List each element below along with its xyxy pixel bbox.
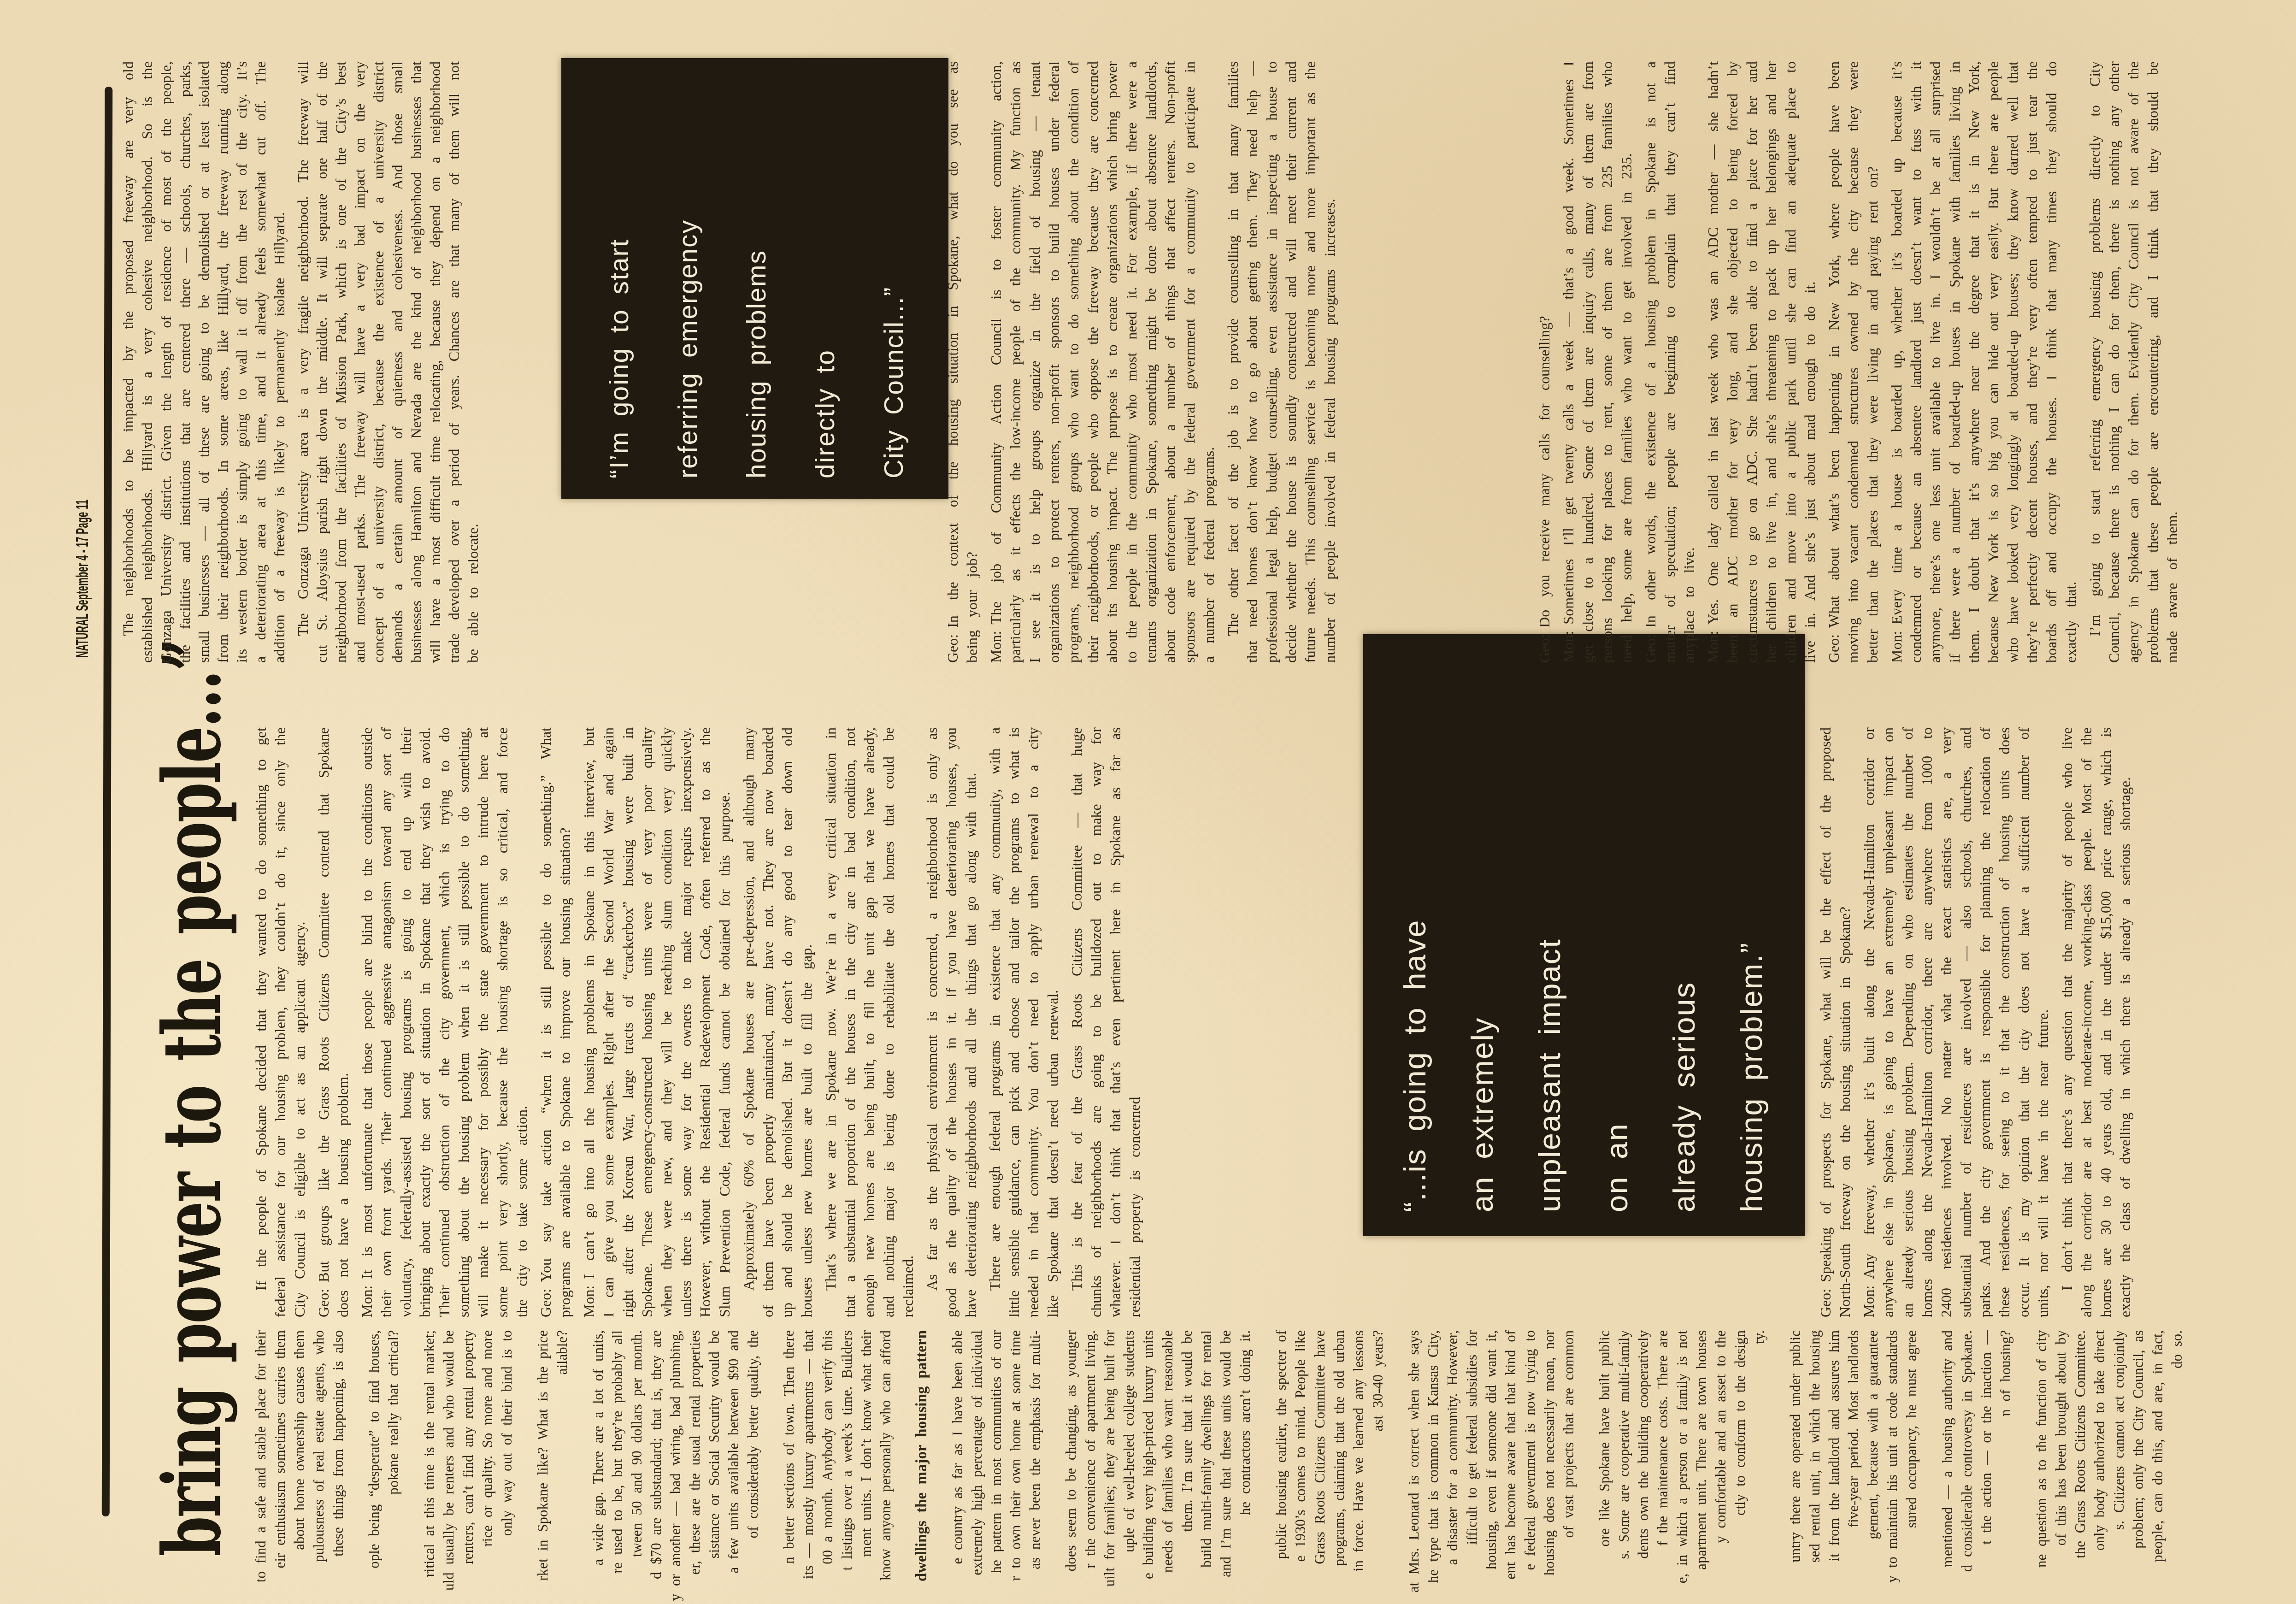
cut-text-fragment: t listings over a week’s time. Builders [837,1330,857,1571]
speaker-label: Geo: [1642,628,1659,663]
cut-text-fragment: ast 30-40 years? [1368,1330,1388,1431]
cut-text-fragment: e building very high-priced luxury units [1139,1330,1158,1579]
cut-text-fragment: sed rental unit, in which the housing [1805,1330,1825,1563]
cut-text-fragment: he pattern in most communities of our [987,1330,1006,1574]
paragraph: The other facet of the job is to provide… [1223,61,1339,663]
cut-text-fragment: eir enthusiasm sometimes carries them [271,1330,290,1568]
paragraph: This is the fear of the Grass Roots Citi… [1067,727,1144,1317]
cut-text-fragment: pokane really that critical? [384,1330,403,1495]
cut-text-fragment: know anyone personally who can afford [876,1330,895,1580]
cut-text-fragment: ople being “desperate” to find houses, [365,1330,384,1569]
cut-text-fragment: of this has been brought about by [2051,1330,2071,1545]
speaker-label: Geo: [1817,1282,1834,1317]
cut-text-fragment: f the maintenance costs. There are [1653,1330,1672,1546]
cut-text-fragment: sistance or Social Security would be [705,1330,724,1558]
publication-line: NATURAL September 4 - 17 Page 11 [73,513,96,658]
cut-text-fragment: ent has become aware that that kind of [1501,1330,1520,1580]
paragraph: The Gonzaga University area is a very fr… [294,61,483,663]
cut-fragment-group: a wide gap. There are a lot of units,re … [589,1330,763,1601]
cut-text-fragment: ailable? [553,1330,572,1374]
cut-text-fragment: pulousness of real estate agents, who [309,1330,329,1562]
speech-paragraph: Geo:You say take action “when it is stil… [536,727,575,1317]
cut-text-fragment: r the convenience of apartment living. [1081,1330,1100,1569]
interview-right-column-end: Geo:Do you receive many calls for counse… [1535,61,2186,663]
paragraph: As far as the physical environment is co… [922,727,980,1317]
pull-quote-line: “...is going to have [1382,634,1449,1212]
pull-quote-line: referring emergency [654,58,723,478]
cut-text-fragment: housing, even if someone did want it, [1482,1330,1501,1569]
paragraph: I’m going to start referring emergency h… [2085,61,2182,663]
pull-quote-box-freeway: “...is going to havean extremelyunpleasa… [1363,634,1805,1236]
cut-text-fragment: only way out of their bind is to [497,1330,517,1536]
speaker-label: Geo: [537,1282,554,1317]
speaker-label: Mon: [1888,625,1905,663]
cut-text-fragment: ritical at this time is the rental marke… [420,1330,439,1577]
cut-text-fragment: e 1930’s comes to mind. People like [1291,1330,1310,1562]
cut-text-fragment: a disaster for a community. However, [1443,1330,1462,1565]
cut-fragment-group: at Mrs. Leonard is correct when she says… [1404,1330,1578,1592]
speaker-label: Mon: [1860,1279,1877,1317]
crosshead-fragment: dwellings the major housing pattern [912,1330,931,1581]
cut-text-fragment: Grass Roots Citizens Committee have [1310,1330,1330,1564]
cut-text-fragment: a wide gap. There are a lot of units, [589,1330,608,1565]
pull-quote-line: housing problems [723,58,791,478]
cut-text-fragment: the Grass Roots Citizens Committee. [2071,1330,2090,1558]
cut-text-fragment: a few units available between $90 and [724,1330,743,1573]
speaker-label: Geo: [1825,628,1842,663]
cut-text-fragment: programs, claiming that the old urban [1330,1330,1349,1566]
cut-text-fragment: at Mrs. Leonard is correct when she says [1404,1330,1424,1592]
speech-paragraph: Mon:I can’t go into all the housing prob… [579,727,734,1317]
cut-text-fragment: uld usually be renters and who would be [439,1330,459,1591]
cut-text-fragment: ifficult to get federal subsidies for [1462,1330,1482,1545]
pull-quote-line: “I’m going to start [585,58,654,478]
cut-text-fragment: ty. [1750,1330,1769,1344]
speech-paragraph: Geo:Do you receive many calls for counse… [1535,61,1554,663]
cut-text-fragment: ne question as to the function of city [2032,1330,2051,1568]
newspaper-page-scan: NATURAL September 4 - 17 Page 11 bring p… [0,0,2296,1604]
cut-text-fragment: its — mostly luxury apartments — that [799,1330,818,1579]
interview-left-column-lower: Geo:Speaking of prospects for Spokane, w… [1816,727,2139,1317]
speech-paragraph: Geo:But groups like the Grass Roots Citi… [314,727,353,1317]
cut-text-fragment: untry there are operated under public [1786,1330,1805,1563]
left-edge-cut-column: to find a safe and stable place for thei… [251,1330,2203,1604]
cut-text-fragment: rice or quality. So more and more [478,1330,497,1547]
cut-text-fragment: mentioned — a housing authority and [1938,1330,1957,1567]
cut-text-fragment: e country as far as I have been able [948,1330,967,1564]
cut-text-fragment: gement, because with a guarantee [1863,1330,1883,1539]
cut-text-fragment: and I’m sure that these units would be [1216,1330,1236,1577]
cut-text-fragment: rket in Spokane like? What is the price [533,1330,553,1581]
cut-fragment-group: ople being “desperate” to find houses,po… [365,1330,403,1569]
cut-fragment-group: mentioned — a housing authority andd con… [1938,1330,2015,1572]
cut-text-fragment: do so. [2167,1330,2187,1368]
pull-quote-line: City Council...” [860,58,929,478]
cut-text-fragment: people, can do this, and are, in fact, [2148,1330,2167,1562]
cut-text-fragment: to find a safe and stable place for thei… [251,1330,271,1582]
speech-paragraph: Geo:Speaking of prospects for Spokane, w… [1816,727,1854,1317]
cut-text-fragment: in force. Have we learned any lessons [1349,1330,1368,1571]
cut-text-fragment: ment units. I don’t know what their [857,1330,876,1557]
cut-text-fragment: housing does not necessarily mean, nor [1540,1330,1559,1575]
speaker-label: Mon: [1560,625,1577,663]
paragraph: The neighborhoods to be impacted by the … [119,61,289,663]
cut-text-fragment: n better sections of town. Then there [779,1330,799,1564]
speaker-label: Mon: [1705,625,1721,663]
cut-fragment-group: ne question as to the function of cityof… [2032,1330,2187,1568]
pull-quote-line: unpleasant impact [1516,634,1584,1212]
cut-fragment-group: to find a safe and stable place for thei… [251,1330,348,1582]
speech-paragraph: Mon:Sometimes I’ll get twenty calls a we… [1559,61,1636,663]
pull-quote-line: on an [1584,634,1651,1212]
speaker-label: Geo: [944,628,961,663]
cut-text-fragment: t the action — or the inaction — [1977,1330,1996,1545]
cut-fragment-group: does seem to be changing, as youngerr th… [1061,1330,1255,1586]
cut-text-fragment: of vast projects that are common [1559,1330,1578,1538]
cut-text-fragment: re used to be, but they’re probably all [608,1330,627,1574]
cut-text-fragment: d considerable controversy in Spokane. [1957,1330,1977,1572]
cut-text-fragment: ctly to conform to the design [1731,1330,1750,1516]
cut-text-fragment: e federal government is now trying to [1520,1330,1540,1570]
speaker-label: Mon: [988,625,1004,663]
cut-text-fragment: public housing earlier, the specter of [1272,1330,1291,1559]
speaker-label: Mon: [581,1279,597,1317]
cut-text-fragment: 00 a month. Anybody can verify this [818,1330,837,1564]
speech-paragraph: Mon:Yes. One lady called in last week wh… [1703,61,1819,663]
speech-paragraph: Geo:In other words, the existence of a h… [1641,61,1699,663]
cut-text-fragment: only body authorized to take direct [2090,1330,2109,1551]
cut-text-fragment: uple of well-heeled college students [1119,1330,1139,1552]
cut-text-fragment: five-year period. Most landlords [1844,1330,1863,1527]
cut-text-fragment: problem; only the City Council, as [2129,1330,2148,1549]
paragraph: I don’t think that there’s any question … [2057,727,2135,1317]
cut-text-fragment: extremely high percentage of individual [967,1330,987,1575]
pull-quote-line: directly to [791,58,860,478]
cut-text-fragment: y or another — bad wiring, bad plumbing, [666,1330,685,1601]
freeway-impact-column: The neighborhoods to be impacted by the … [119,61,487,663]
cut-text-fragment: he type that is common in Kansas City, [1424,1330,1443,1583]
interview-left-column-upper: If the people of Spokane decided that th… [251,727,1149,1317]
pull-quote-line: already serious [1651,634,1718,1212]
cut-text-fragment: of considerably better quality, the [743,1330,763,1539]
interview-right-column-mid: Geo:In the context of the housing situat… [943,61,1344,663]
cut-fragment-group: dwellings the major housing pattern [912,1330,931,1581]
cut-fragment-group: public housing earlier, the specter ofe … [1272,1330,1388,1571]
cut-text-fragment: ore like Spokane have built public [1595,1330,1614,1546]
cut-text-fragment: y to maintain his unit at code standards [1883,1330,1902,1583]
cut-text-fragment: needs of families who want reasonable [1158,1330,1177,1573]
speech-paragraph: Geo:What about what’s been happening in … [1824,61,1882,663]
cut-text-fragment: y comfortable and an asset to the [1711,1330,1731,1543]
cut-fragment-group: e country as far as I have been ableextr… [948,1330,1045,1581]
cut-text-fragment: uilt for families; they are being built … [1100,1330,1119,1586]
cut-text-fragment: n of housing? [1996,1330,2015,1416]
cut-text-fragment: apartment unit. There are town houses [1692,1330,1711,1570]
cut-fragment-group: n better sections of town. Then thereits… [779,1330,895,1580]
headline: bring power to the people...” [148,639,241,1557]
cut-text-fragment: build multi-family dwellings for rental [1197,1330,1216,1568]
top-rule [102,87,112,1516]
speech-paragraph: Mon:It is most unfortunate that those pe… [357,727,531,1317]
cut-text-fragment: er, these are the usual rental propertie… [685,1330,705,1575]
paragraph: There are enough federal programs in exi… [985,727,1062,1317]
cut-text-fragment: r to own their own home at some time [1006,1330,1025,1581]
cut-text-fragment: about home ownership causes them [290,1330,309,1550]
cut-fragment-group: ritical at this time is the rental marke… [420,1330,517,1591]
speech-paragraph: Mon:Any freeway, whether it’s built alon… [1859,727,2053,1317]
cut-text-fragment: as never been the emphasis for multi- [1025,1330,1045,1569]
cut-text-fragment: tween 50 and 90 dollars per month. [627,1330,647,1557]
cut-text-fragment: it from the landlord and assures him [1825,1330,1844,1562]
cut-text-fragment: s. Citizens cannot act conjointly [2109,1330,2129,1530]
cut-text-fragment: e, in which a person or a family is not [1672,1330,1692,1583]
cut-text-fragment: sured occupancy, he must agree [1902,1330,1921,1528]
speech-paragraph: Mon:The job of Community Action Council … [986,61,1219,663]
speaker-label: Geo: [315,1282,332,1317]
speaker-label: Geo: [1536,628,1553,663]
cut-fragment-group: untry there are operated under publicsed… [1786,1330,1921,1583]
rotated-newspaper-sheet: NATURAL September 4 - 17 Page 11 bring p… [0,0,2296,1604]
pull-quote-box-emergency: “I’m going to startreferring emergencyho… [561,58,948,499]
pull-quote-line: housing problem.” [1718,634,1785,1212]
cut-text-fragment: renters, can’t find any rental property [459,1330,478,1564]
cut-fragment-group: ore like Spokane have built publics. Som… [1595,1330,1769,1583]
speaker-label: Mon: [359,1279,375,1317]
speech-paragraph: Geo:In the context of the housing situat… [943,61,982,663]
paragraph: Approximately 60% of Spokane houses are … [739,727,816,1317]
cut-text-fragment: d $70 are substandard; that is, they are [647,1330,666,1579]
cut-text-fragment: does seem to be changing, as younger [1061,1330,1081,1571]
cut-fragment-group: rket in Spokane like? What is the pricea… [533,1330,572,1581]
cut-text-fragment: s. Some are cooperative multi-family [1614,1330,1634,1559]
cut-text-fragment: dents own the building cooperatively [1634,1330,1653,1559]
paragraph: That’s where we are in Spokane now. We’r… [821,727,918,1317]
paragraph: If the people of Spokane decided that th… [251,727,309,1317]
cut-text-fragment: these things from happening, is also [329,1330,348,1557]
cut-text-fragment: them. I’m sure that it would be [1177,1330,1197,1532]
speech-paragraph: Mon:Every time a house is boarded up, wh… [1887,61,2080,663]
cut-text-fragment: he contractors aren’t doing it. [1236,1330,1255,1515]
pull-quote-line: an extremely [1449,634,1516,1212]
